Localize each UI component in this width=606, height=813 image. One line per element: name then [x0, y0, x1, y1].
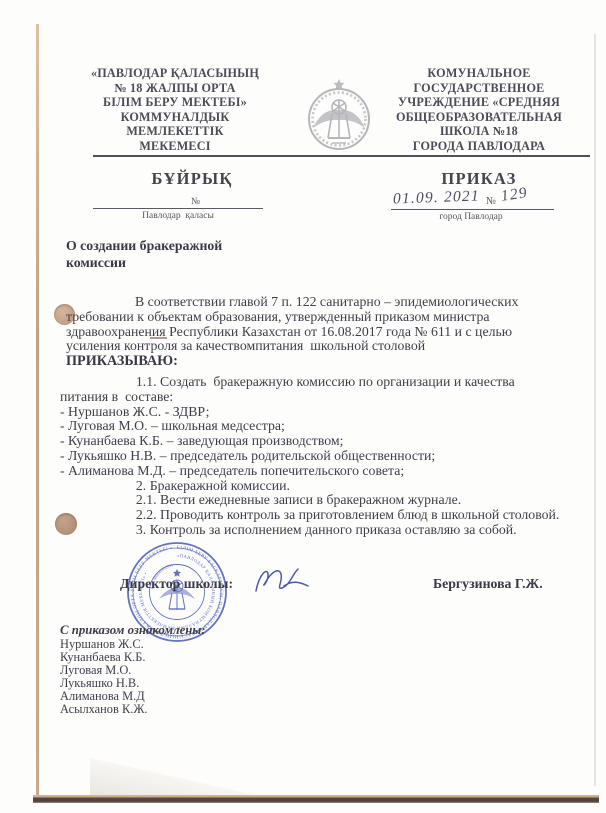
order-number-line-kazakh — [93, 208, 263, 209]
order-title-kazakh: БҰЙРЫҚ — [107, 169, 277, 189]
acknowledgement-title: С приказом ознакомлены: — [60, 623, 206, 638]
paper-right-edge — [594, 34, 596, 786]
order-preamble: В соответствии главой 7 п. 122 санитарно… — [66, 295, 576, 354]
handwritten-date: 01.09. 2021 — [393, 187, 480, 208]
scan-underline-artifact — [150, 337, 167, 339]
order-resolution-word: ПРИКАЗЫВАЮ: — [66, 353, 178, 370]
order-place-kazakh: Павлодар қаласы — [112, 211, 244, 221]
order-place-russian: город Павлодар — [406, 212, 536, 222]
org-name-russian: КОМУНАЛЬНОЕ ГОСУДАРСТВЕННОЕ УЧРЕЖДЕНИЕ «… — [366, 66, 592, 154]
handwritten-order-number: 129 — [500, 184, 529, 206]
signatory-name: Бергузинова Г.Ж. — [433, 576, 543, 592]
acknowledgement-names: Нуршанов Ж.С. Кунанбаева К.Б. Луговая М.… — [60, 638, 148, 715]
order-items: 1.1. Создать бракеражную комиссию по орг… — [60, 375, 578, 538]
order-number-label-kazakh: № — [191, 197, 200, 207]
paper-fold-shadow — [90, 758, 255, 795]
order-number-label-russian: № — [486, 196, 496, 207]
order-number-line-russian — [391, 209, 554, 210]
director-signature — [250, 559, 316, 606]
letterhead-divider — [93, 155, 590, 157]
paper-left-edge — [36, 24, 39, 798]
org-name-kazakh: «ПАВЛОДАР ҚАЛАСЫНЫҢ № 18 ЖАЛПЫ ОРТА БІЛІ… — [72, 66, 278, 154]
order-title-russian: ПРИКАЗ — [409, 169, 549, 189]
kazakhstan-emblem-icon — [302, 76, 376, 159]
paper-bottom-edge — [33, 795, 599, 803]
order-subject: О создании бракеражной комиссии — [66, 238, 222, 271]
scanned-order-document: «ПАВЛОДАР ҚАЛАСЫНЫҢ № 18 ЖАЛПЫ ОРТА БІЛІ… — [0, 0, 606, 813]
signatory-role: Директор школы: — [120, 576, 233, 592]
